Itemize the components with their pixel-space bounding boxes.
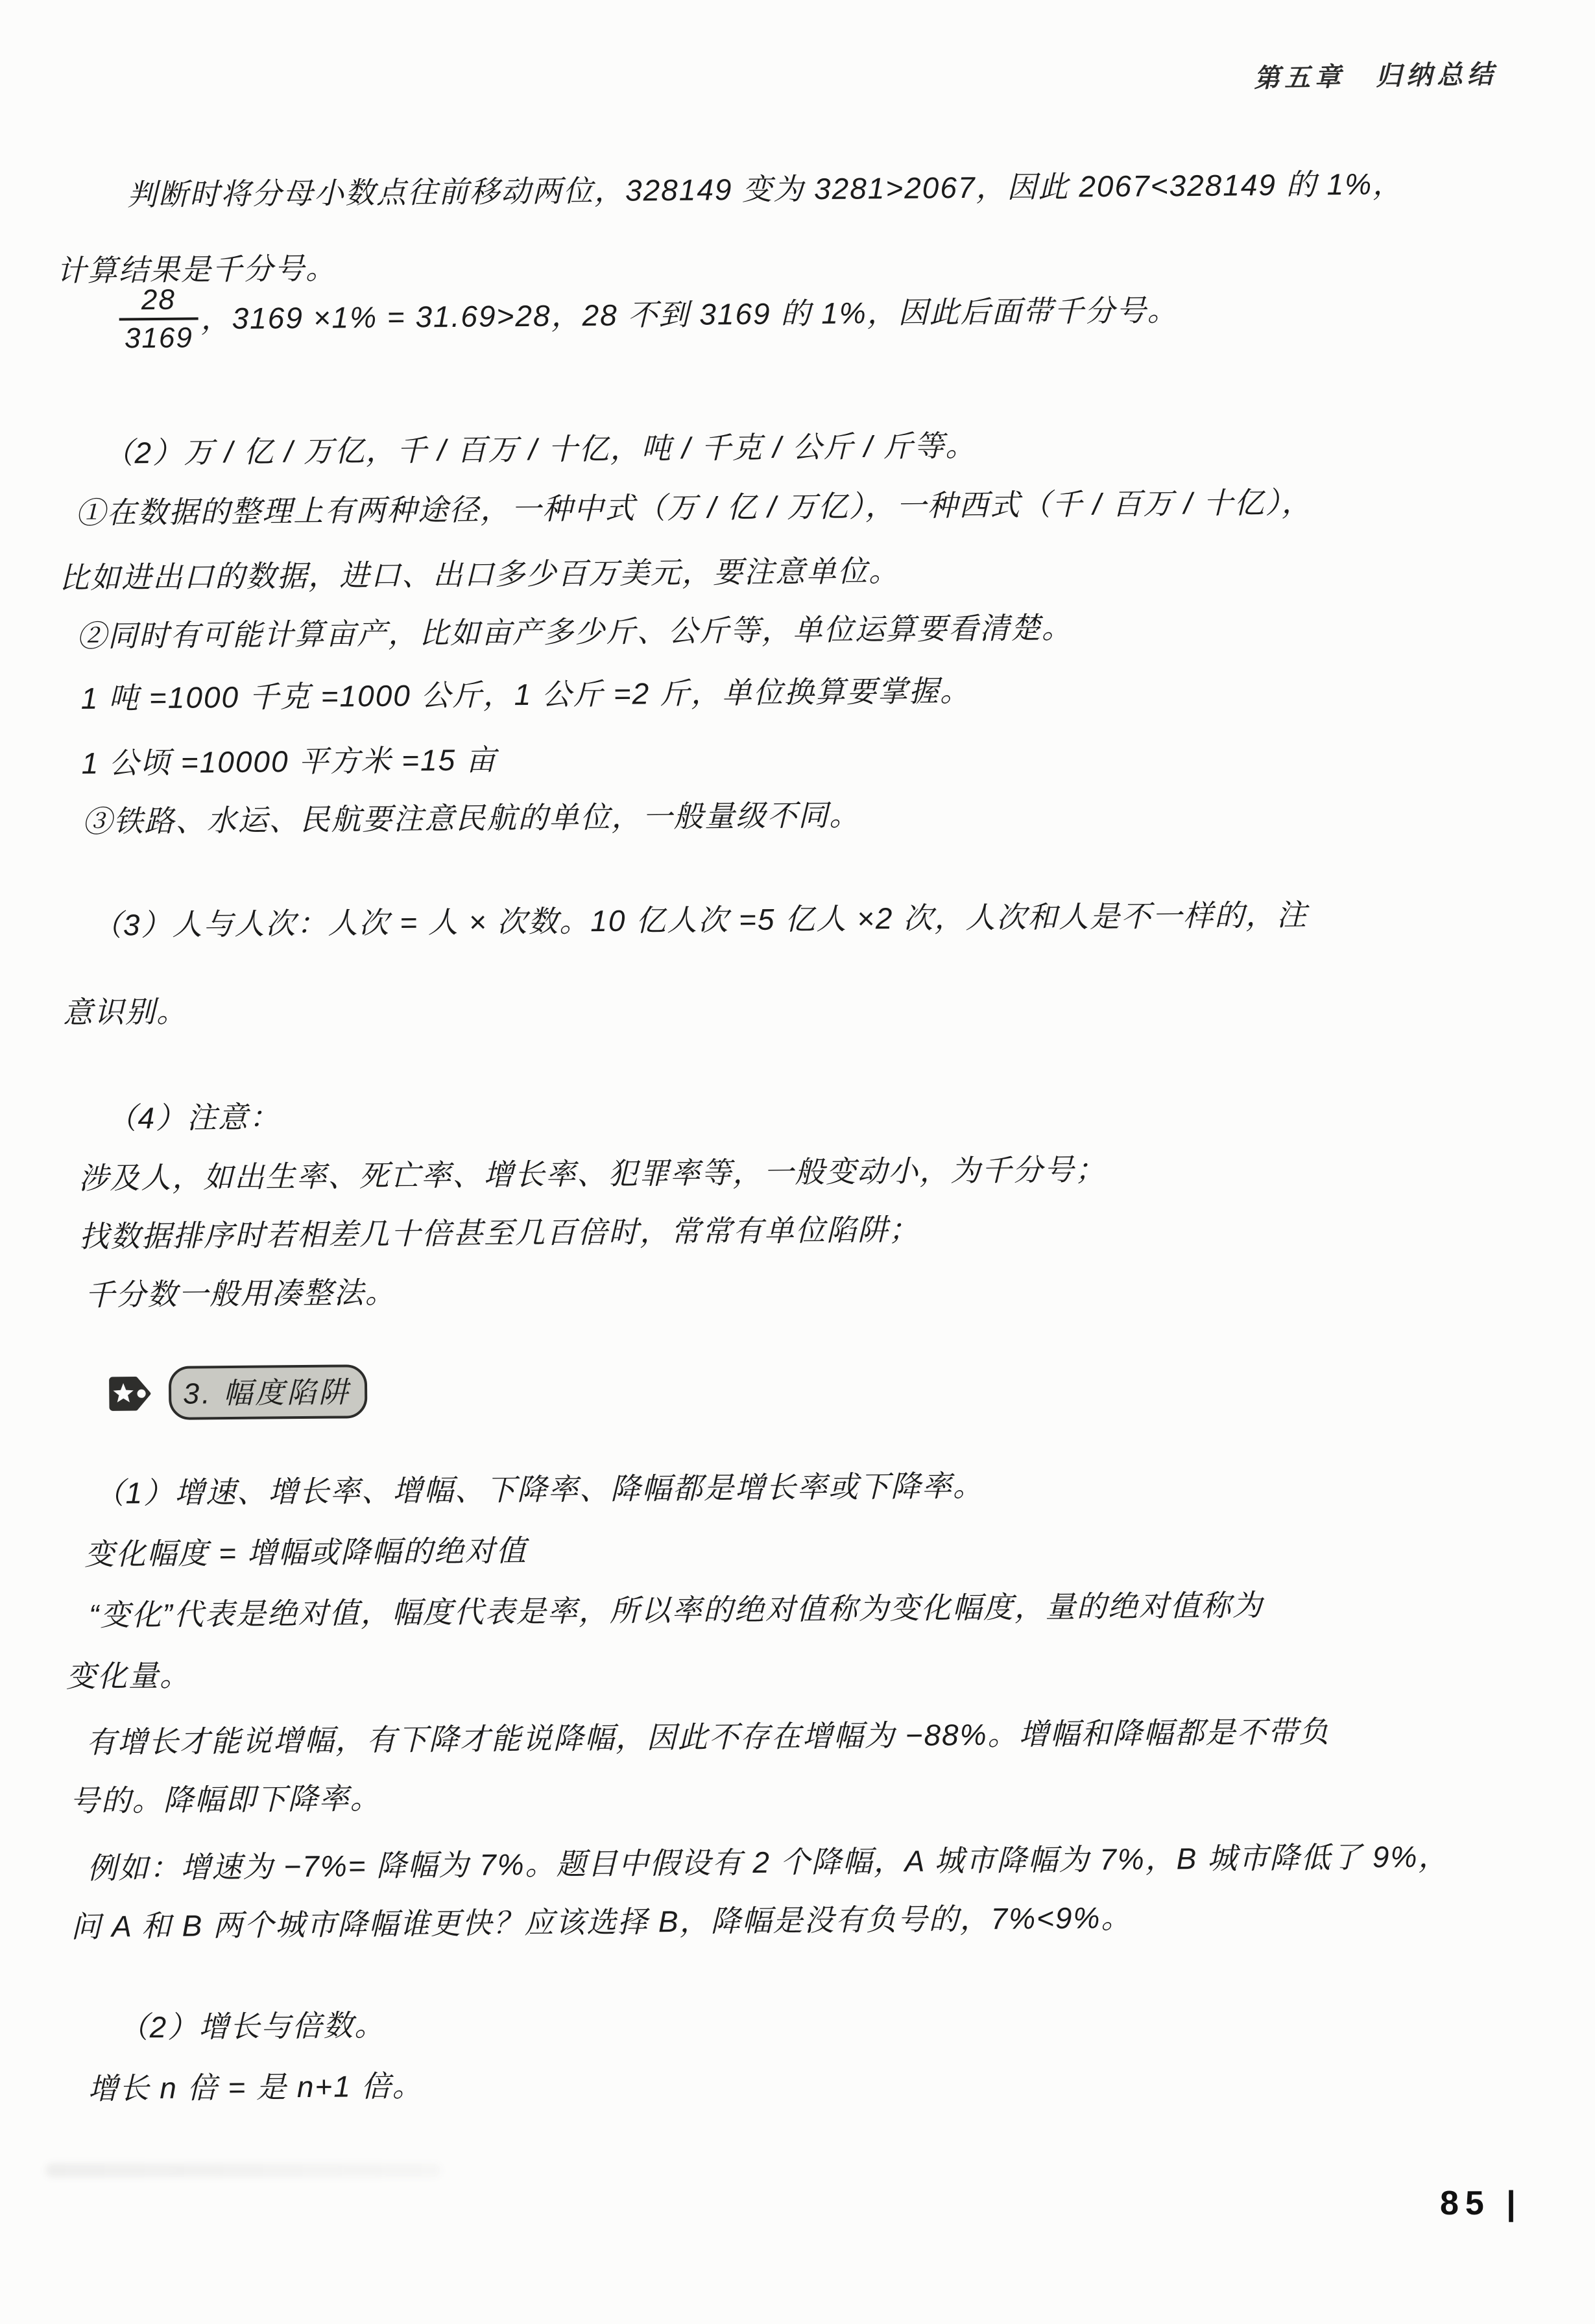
text-line: 有增长才能说增幅，有下降才能说降幅，因此不存在增幅为 −88%。增幅和降幅都是不… — [86, 1713, 1330, 1762]
section-badge: 3. 幅度陷阱 — [169, 1364, 368, 1420]
section-2-heading: （2）万 / 亿 / 万亿，千 / 百万 / 十亿，吨 / 千克 / 公斤 / … — [103, 427, 976, 473]
text-line: 找数据排序时若相差几十倍甚至几百倍时，常常有单位陷阱； — [79, 1211, 920, 1257]
fraction-denominator: 3169 — [119, 317, 198, 356]
section-badge-row: 3. 幅度陷阱 — [108, 1364, 368, 1420]
section-3-heading: （3）人与人次：人次 = 人 × 次数。10 亿人次 =5 亿人 ×2 次，人次… — [92, 895, 1308, 945]
text-line: ③铁路、水运、民航要注意民航的单位，一般量级不同。 — [82, 796, 860, 842]
text-line: 增长 n 倍 = 是 n+1 倍。 — [88, 2067, 424, 2108]
text-line: 例如：增速为 −7%= 降幅为 7%。题目中假设有 2 个降幅，A 城市降幅为 … — [87, 1838, 1449, 1888]
text-line: 变化量。 — [66, 1657, 191, 1696]
text-line: 意识别。 — [63, 993, 188, 1032]
text-line: 比如进出口的数据，进口、出口多少百万美元，要注意单位。 — [59, 552, 900, 598]
scan-artifact — [45, 2163, 441, 2177]
text-line: 1 吨 =1000 千克 =1000 公斤，1 公斤 =2 斤，单位换算要掌握。 — [81, 672, 972, 718]
text-line: 1 公顷 =10000 平方米 =15 亩 — [81, 741, 497, 783]
text-line: 千分数一般用凑整法。 — [85, 1274, 397, 1315]
text-line: 号的。降幅即下降率。 — [69, 1779, 381, 1821]
fraction-statement: 28 3169 ，3169 ×1% = 31.69>28，28 不到 3169 … — [119, 274, 1179, 356]
text-line: “变化”代表是绝对值，幅度代表是率，所以率的绝对值称为变化幅度，量的绝对值称为 — [89, 1586, 1264, 1635]
fraction: 28 3169 — [119, 283, 198, 356]
subsection-1-heading: （1）增速、增长率、增幅、下降率、降幅都是增长率或下降率。 — [94, 1467, 984, 1513]
fraction-numerator: 28 — [141, 283, 176, 318]
text-line: 变化幅度 = 增幅或降幅的绝对值 — [84, 1532, 527, 1574]
page-number: 85 | — [1440, 2184, 1522, 2223]
text-line: 涉及人，如出生率、死亡率、增长率、犯罪率等，一般变动小，为千分号； — [78, 1150, 1106, 1198]
section-4-heading: （4）注意： — [106, 1098, 280, 1138]
text-line: ①在数据的整理上有两种途径，一种中式（万 / 亿 / 万亿），一种西式（千 / … — [75, 483, 1313, 532]
star-tag-icon — [108, 1375, 154, 1413]
page-content: 判断时将分母小数点往前移动两位，328149 变为 3281>2067，因此 2… — [0, 0, 1595, 2324]
subsection-2-heading: （2）增长与倍数。 — [118, 2006, 385, 2047]
fraction-tail-text: ，3169 ×1% = 31.69>28，28 不到 3169 的 1%，因此后… — [200, 291, 1179, 338]
document-page: 第五章 归纳总结 判断时将分母小数点往前移动两位，328149 变为 3281>… — [0, 0, 1595, 2324]
text-line: ②同时有可能计算亩产，比如亩产多少斤、公斤等，单位运算要看清楚。 — [77, 609, 1073, 656]
text-line: 问 A 和 B 两个城市降幅谁更快？应该选择 B，降幅是没有负号的，7%<9%。 — [71, 1899, 1133, 1947]
text-line: 判断时将分母小数点往前移动两位，328149 变为 3281>2067，因此 2… — [127, 165, 1404, 215]
